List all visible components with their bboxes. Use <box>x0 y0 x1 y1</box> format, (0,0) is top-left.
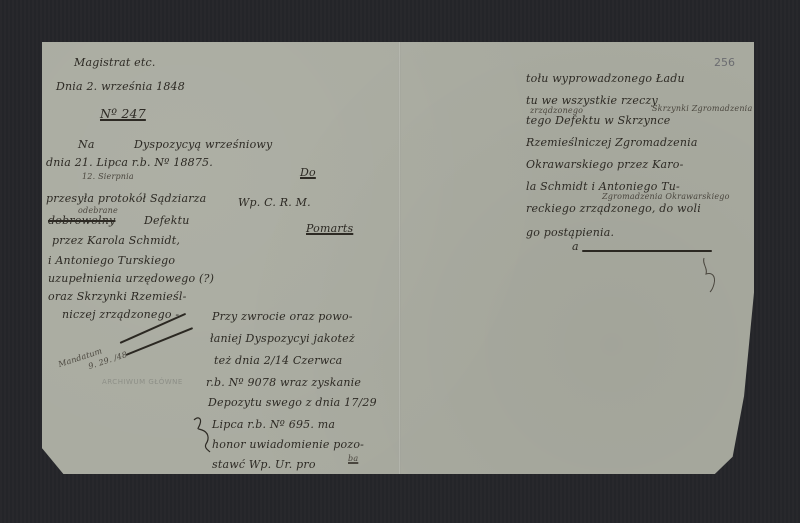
body-line-date: dnia 21. Lipca r.b. Nº 18875. <box>46 156 213 169</box>
body-line-sierpnia: 12. Sierpnia <box>82 172 134 181</box>
body-line-przez: przez Karola Schmidt, <box>52 234 180 247</box>
main-line-3: też dnia 2/14 Czerwca <box>214 354 342 367</box>
body-line-uzupelnienia: uzupełnienia urzędowego (?) <box>48 272 214 285</box>
marginal-signature: Wp. C. R. M. <box>238 196 311 209</box>
main-line-7: honor uwiadomienie pozo- <box>212 438 364 451</box>
closing-line <box>582 250 712 252</box>
right-line-8: reckiego zrządzonego, do woli <box>526 202 701 215</box>
interlinear-note-2: Zgromadzenia Okrawarskiego <box>602 192 730 201</box>
right-line-1: tołu wyprowadzonego Ładu <box>526 72 685 85</box>
marginal-name: Pomarts <box>306 222 353 235</box>
body-line-skrzynki: oraz Skrzynki Rzemieśl- <box>48 290 187 303</box>
main-line-4: r.b. Nº 9078 wraz zyskanie <box>206 376 361 389</box>
main-line-6: Lipca r.b. Nº 695. ma <box>212 418 335 431</box>
body-line-przesyla: przesyła protokół Sądziarza <box>46 192 206 205</box>
document-paper: Magistrat etc. Dnia 2. września 1848 Nº … <box>42 42 754 474</box>
signature-flourish-icon <box>700 254 722 294</box>
marginal-do: Do <box>300 166 316 179</box>
body-line-struck: dobrowolny <box>48 214 115 227</box>
faint-stamp: ARCHIWUM GŁÓWNE <box>102 378 183 386</box>
right-line-5: Rzemieślniczej Zgromadzenia <box>526 136 698 149</box>
main-line-8: stawć Wp. Ur. pro <box>212 458 316 471</box>
heading-line-2: Dnia 2. września 1848 <box>56 80 185 93</box>
rotated-underline-2 <box>126 327 194 356</box>
reference-number: Nº 247 <box>100 106 146 121</box>
heading-line-1: Magistrat etc. <box>74 56 156 69</box>
main-line-2: łaniej Dyspozycyi jakoteż <box>210 332 355 345</box>
body-line-dyspozycya: Dyspozycyą wrześniowy <box>134 138 272 151</box>
page-fold <box>398 42 401 474</box>
body-line-antoniego: i Antoniego Turskiego <box>48 254 175 267</box>
page-number: 256 <box>714 56 735 69</box>
main-line-1: Przy zwrocie oraz powo- <box>212 310 353 323</box>
body-line-defektu: Defektu <box>144 214 189 227</box>
right-line-9: go postąpienia. <box>526 226 614 239</box>
body-line-na: Na <box>78 138 95 151</box>
right-line-6: Okrawarskiego przez Karo- <box>526 158 684 171</box>
corner-mark-icon <box>192 414 214 454</box>
main-line-9: ba <box>348 454 358 463</box>
right-line-4: tego Defektu w Skrzynce <box>526 114 670 127</box>
closing-mark: a <box>572 240 579 253</box>
interlinear-note-1: Skrzynki Zgromadzenia <box>652 104 752 113</box>
body-line-niczej: niczej zrządzonego - <box>62 308 179 321</box>
main-line-5: Depozytu swego z dnia 17/29 <box>208 396 377 409</box>
